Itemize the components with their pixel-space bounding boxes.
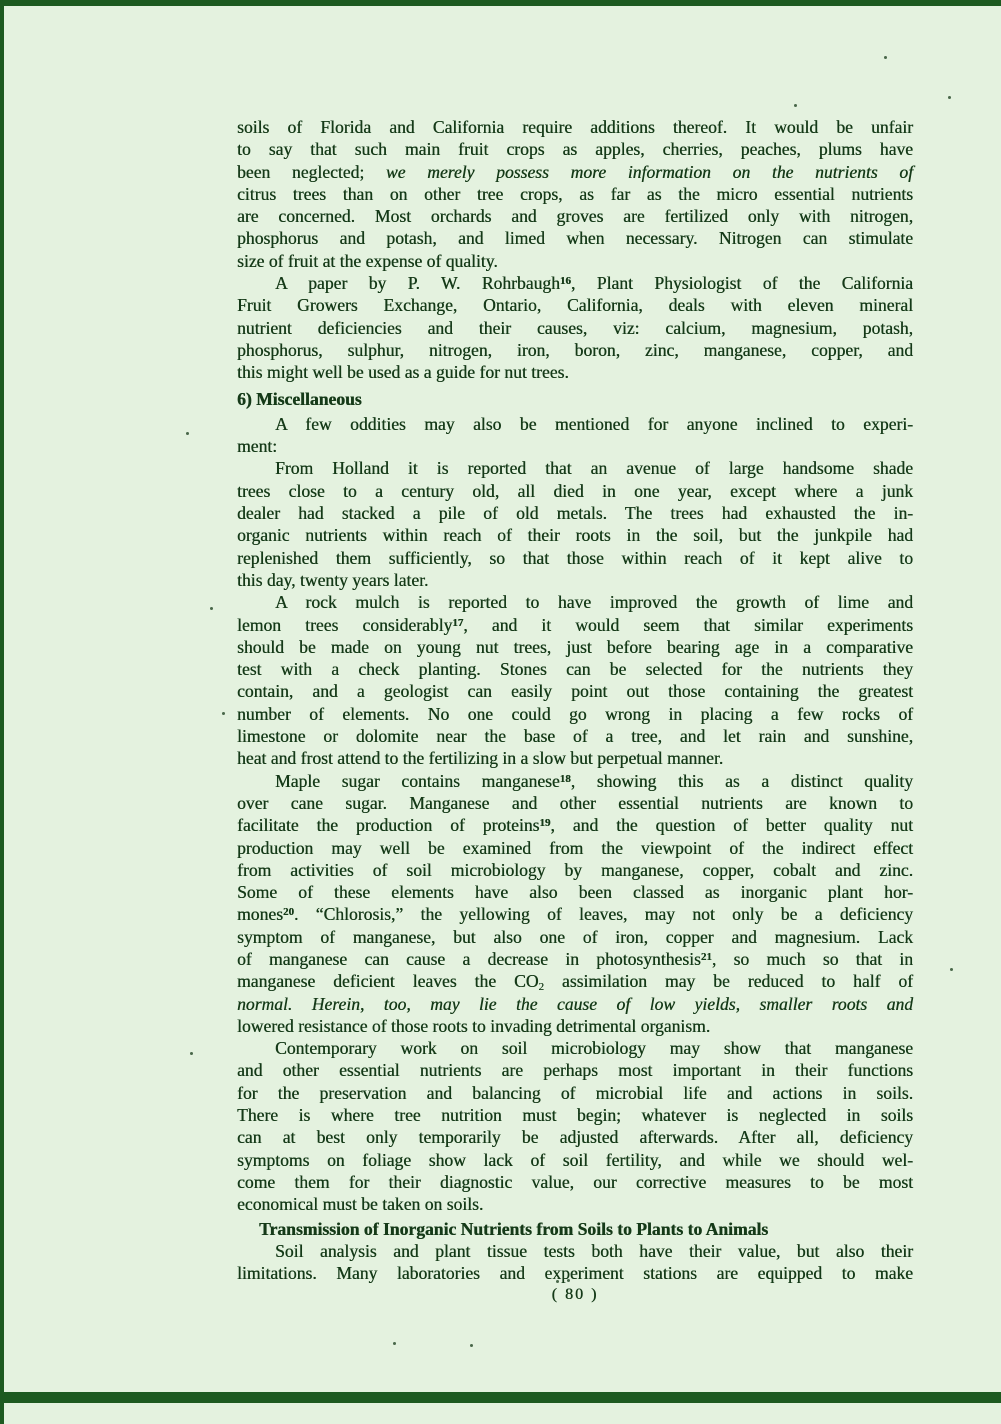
text-line: been neglected; we merely possess more i… bbox=[237, 161, 913, 183]
text-line: limestone or dolomite near the base of a… bbox=[237, 725, 913, 747]
text-line: A paper by P. W. Rohrbaugh16, Plant Phys… bbox=[237, 272, 913, 294]
scan-edge-left bbox=[0, 0, 4, 1424]
scan-speck bbox=[393, 1342, 396, 1345]
text-line: dealer had stacked a pile of old metals.… bbox=[237, 502, 913, 524]
text-line: limitations. Many laboratories and exper… bbox=[237, 1262, 913, 1284]
section-heading: Transmission of Inorganic Nutrients from… bbox=[259, 1218, 913, 1240]
text-line: citrus trees than on other tree crops, a… bbox=[237, 183, 913, 205]
scan-speck bbox=[556, 1280, 559, 1283]
scan-speck bbox=[190, 1052, 193, 1055]
scanned-page: soils of Florida and California require … bbox=[0, 0, 1001, 1424]
text-line: A few oddities may also be mentioned for… bbox=[237, 413, 913, 435]
scan-edge-bottom bbox=[0, 1392, 1001, 1403]
scan-speck bbox=[222, 712, 225, 715]
text-line: phosphorus, sulphur, nitrogen, iron, bor… bbox=[237, 339, 913, 361]
text-line: symptom of manganese, but also one of ir… bbox=[237, 926, 913, 948]
text-line: come them for their diagnostic value, ou… bbox=[237, 1171, 913, 1193]
scan-speck bbox=[567, 1279, 570, 1282]
text-line: and other essential nutrients are perhap… bbox=[237, 1059, 913, 1081]
text-line: heat and frost attend to the fertilizing… bbox=[237, 747, 913, 769]
text-line: replenished them sufficiently, so that t… bbox=[237, 547, 913, 569]
text-line: facilitate the production of proteins19,… bbox=[237, 814, 913, 836]
text-line: manganese deficient leaves the CO2 assim… bbox=[237, 970, 913, 992]
scan-speck bbox=[950, 968, 953, 971]
text-line: Fruit Growers Exchange, Ontario, Califor… bbox=[237, 294, 913, 316]
scan-speck bbox=[884, 56, 887, 59]
text-line: ment: bbox=[237, 435, 913, 457]
text-line: lemon trees considerably17, and it would… bbox=[237, 614, 913, 636]
text-line: soils of Florida and California require … bbox=[237, 116, 913, 138]
scan-edge-top bbox=[0, 0, 1001, 6]
text-line: nutrient deficiencies and their causes, … bbox=[237, 317, 913, 339]
text-line: contain, and a geologist can easily poin… bbox=[237, 680, 913, 702]
text-line: There is where tree nutrition must begin… bbox=[237, 1104, 913, 1126]
text-line: can at best only temporarily be adjusted… bbox=[237, 1126, 913, 1148]
text-line: number of elements. No one could go wron… bbox=[237, 703, 913, 725]
text-block: soils of Florida and California require … bbox=[237, 116, 913, 1284]
text-line: phosphorus and potash, and limed when ne… bbox=[237, 227, 913, 249]
text-line: From Holland it is reported that an aven… bbox=[237, 457, 913, 479]
scan-speck bbox=[794, 104, 797, 107]
scan-speck bbox=[210, 607, 213, 610]
text-line: Some of these elements have also been cl… bbox=[237, 881, 913, 903]
text-line: symptoms on foliage show lack of soil fe… bbox=[237, 1149, 913, 1171]
text-line: are concerned. Most orchards and groves … bbox=[237, 205, 913, 227]
text-line: from activities of soil microbiology by … bbox=[237, 859, 913, 881]
text-line: size of fruit at the expense of quality. bbox=[237, 250, 913, 272]
text-line: should be made on young nut trees, just … bbox=[237, 636, 913, 658]
text-line: over cane sugar. Manganese and other ess… bbox=[237, 792, 913, 814]
section-heading: 6) Miscellaneous bbox=[237, 388, 913, 410]
scan-speck bbox=[948, 96, 951, 99]
text-line: this day, twenty years later. bbox=[237, 569, 913, 591]
text-line: Contemporary work on soil microbiology m… bbox=[237, 1037, 913, 1059]
text-line: this might well be used as a guide for n… bbox=[237, 361, 913, 383]
text-line: to say that such main fruit crops as app… bbox=[237, 138, 913, 160]
text-line: mones20. “Chlorosis,” the yellowing of l… bbox=[237, 903, 913, 925]
text-line: normal. Herein, too, may lie the cause o… bbox=[237, 993, 913, 1015]
text-line: A rock mulch is reported to have improve… bbox=[237, 591, 913, 613]
text-line: of manganese can cause a decrease in pho… bbox=[237, 948, 913, 970]
scan-speck bbox=[186, 432, 189, 435]
scan-speck bbox=[470, 1344, 473, 1347]
text-line: trees close to a century old, all died i… bbox=[237, 480, 913, 502]
text-line: economical must be taken on soils. bbox=[237, 1193, 913, 1215]
text-line: Maple sugar contains manganese18, showin… bbox=[237, 770, 913, 792]
text-line: lowered resistance of those roots to inv… bbox=[237, 1015, 913, 1037]
text-line: organic nutrients within reach of their … bbox=[237, 524, 913, 546]
text-line: for the preservation and balancing of mi… bbox=[237, 1082, 913, 1104]
page-number: ( 80 ) bbox=[237, 1286, 913, 1304]
text-line: test with a check planting. Stones can b… bbox=[237, 658, 913, 680]
text-line: Soil analysis and plant tissue tests bot… bbox=[237, 1240, 913, 1262]
text-line: production may well be examined from the… bbox=[237, 837, 913, 859]
